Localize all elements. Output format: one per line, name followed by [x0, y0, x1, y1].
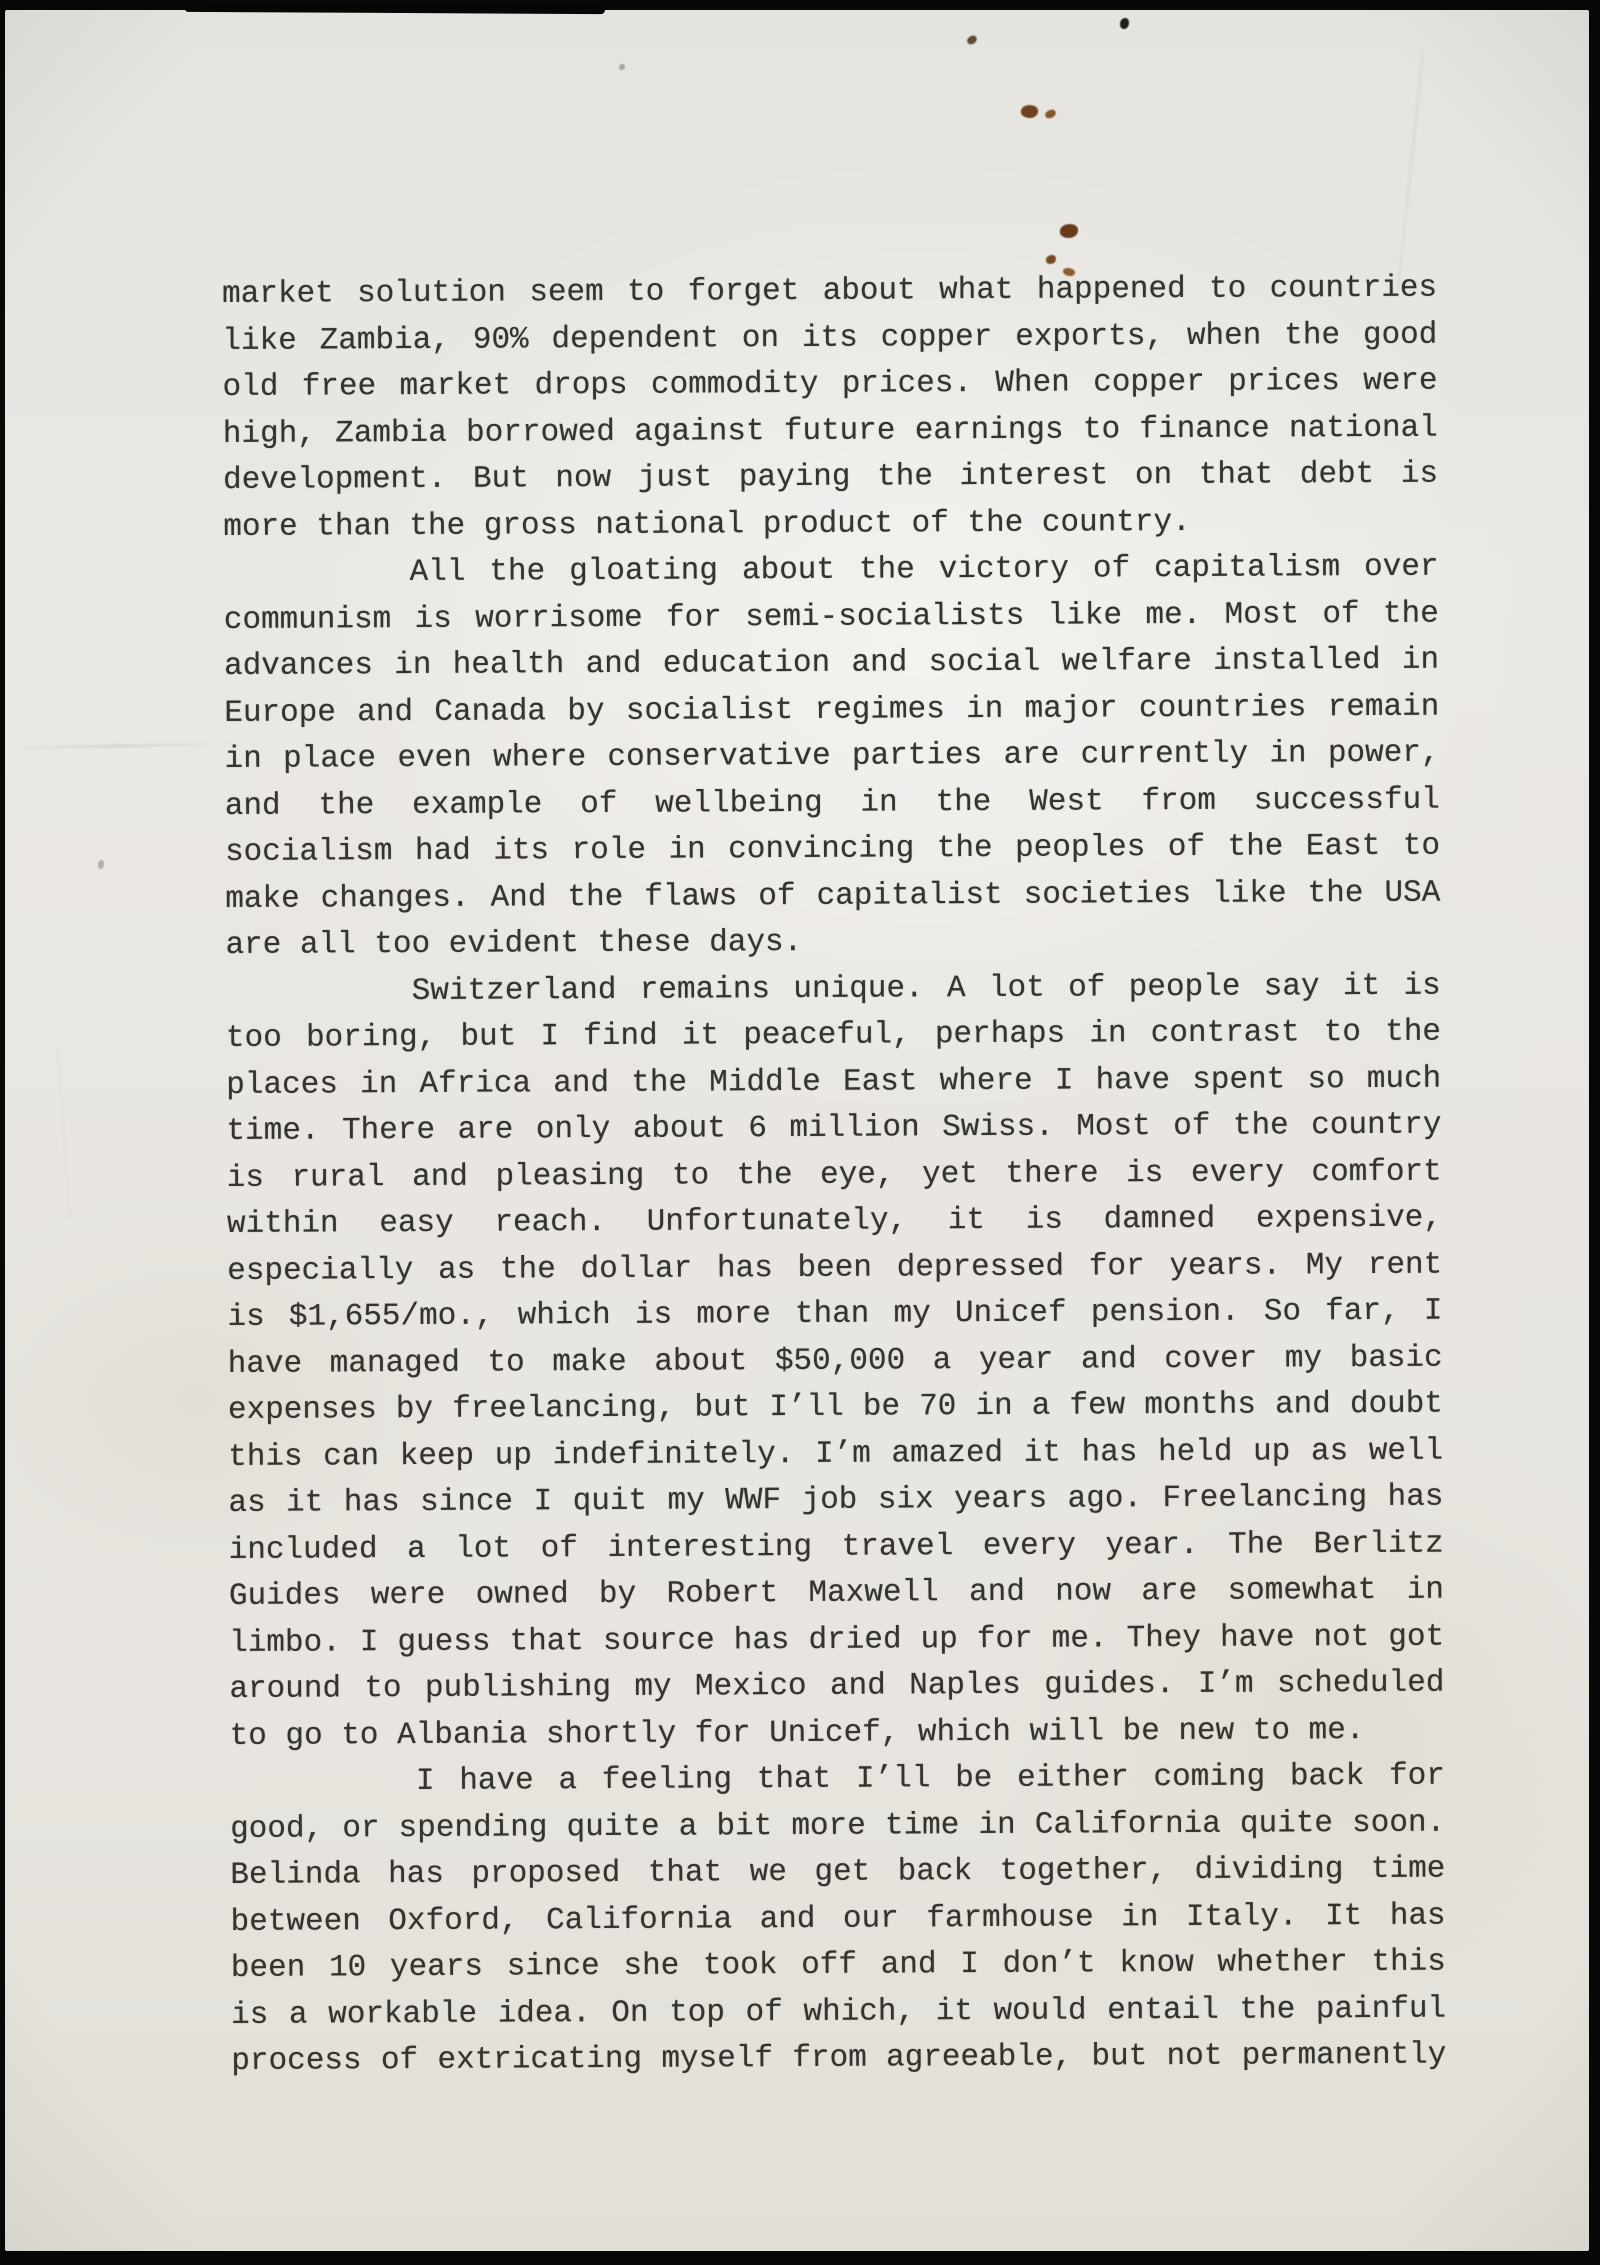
- stain-mark: [1020, 104, 1039, 120]
- crease-line: [57, 1050, 71, 1220]
- text-line: and the example of wellbeing in the West…: [225, 777, 1440, 830]
- crease-line: [5, 743, 235, 750]
- text-line: Belinda has proposed that we get back to…: [230, 1847, 1445, 1900]
- text-line: within easy reach. Unfortunately, it is …: [227, 1196, 1442, 1249]
- text-block: market solution seem to forget about wha…: [222, 266, 1446, 2086]
- text-line: is a workable idea. On top of which, it …: [231, 1986, 1446, 2039]
- scan-background: market solution seem to forget about wha…: [0, 0, 1600, 2265]
- text-line: are all too evident these days.: [225, 917, 1440, 970]
- text-line: advances in health and education and soc…: [224, 638, 1439, 691]
- text-line: communism is worrisome for semi-socialis…: [224, 591, 1439, 644]
- paragraph: market solution seem to forget about wha…: [222, 266, 1438, 551]
- text-line: this can keep up indefinitely. I’m amaze…: [228, 1428, 1443, 1481]
- stain-mark: [98, 860, 104, 869]
- text-line: I have a feeling that I’ll be either com…: [230, 1754, 1445, 1807]
- text-line: especially as the dollar has been depres…: [227, 1242, 1442, 1295]
- text-line: more than the gross national product of …: [223, 498, 1438, 551]
- text-line: high, Zambia borrowed against future ear…: [223, 405, 1438, 458]
- text-line: socialism had its role in convincing the…: [225, 824, 1440, 877]
- text-line: around to publishing my Mexico and Naple…: [229, 1661, 1444, 1714]
- text-line: All the gloating about the victory of ca…: [223, 545, 1438, 598]
- text-line: process of extricating myself from agree…: [231, 2033, 1446, 2086]
- text-line: in place even where conservative parties…: [224, 731, 1439, 784]
- text-line: old free market drops commodity prices. …: [222, 359, 1437, 412]
- text-line: included a lot of interesting travel eve…: [229, 1521, 1444, 1574]
- text-line: Guides were owned by Robert Maxwell and …: [229, 1568, 1444, 1621]
- text-line: development. But now just paying the int…: [223, 452, 1438, 505]
- paragraph: All the gloating about the victory of ca…: [223, 545, 1440, 970]
- text-line: been 10 years since she took off and I d…: [231, 1940, 1446, 1993]
- paragraph: Switzerland remains unique. A lot of peo…: [226, 963, 1445, 1760]
- text-line: have managed to make about $50,000 a yea…: [228, 1335, 1443, 1388]
- text-line: time. There are only about 6 million Swi…: [226, 1103, 1441, 1156]
- stain-mark: [1044, 109, 1057, 120]
- stain-mark: [1046, 255, 1056, 264]
- text-line: good, or spending quite a bit more time …: [230, 1800, 1445, 1853]
- stain-mark: [619, 64, 625, 70]
- text-line: is $1,655/mo., which is more than my Uni…: [227, 1289, 1442, 1342]
- text-line: as it has since I quit my WWF job six ye…: [228, 1475, 1443, 1528]
- text-line: too boring, but I find it peaceful, perh…: [226, 1010, 1441, 1063]
- text-line: limbo. I guess that source has dried up …: [229, 1614, 1444, 1667]
- text-line: market solution seem to forget about wha…: [222, 266, 1437, 319]
- text-line: to go to Albania shortly for Unicef, whi…: [230, 1707, 1445, 1760]
- stain-mark: [1059, 223, 1078, 239]
- text-line: make changes. And the flaws of capitalis…: [225, 870, 1440, 923]
- text-line: Switzerland remains unique. A lot of peo…: [226, 963, 1441, 1016]
- paper: market solution seem to forget about wha…: [5, 10, 1589, 2251]
- text-line: places in Africa and the Middle East whe…: [226, 1056, 1441, 1109]
- text-line: Europe and Canada by socialist regimes i…: [224, 684, 1439, 737]
- text-line: is rural and pleasing to the eye, yet th…: [227, 1149, 1442, 1202]
- text-line: like Zambia, 90% dependent on its copper…: [222, 312, 1437, 365]
- text-line: between Oxford, California and our farmh…: [231, 1893, 1446, 1946]
- paragraph: I have a feeling that I’ll be either com…: [230, 1754, 1447, 2086]
- crease-line: [1396, 51, 1424, 290]
- stain-mark: [1120, 18, 1129, 29]
- stain-mark: [966, 35, 978, 46]
- text-line: expenses by freelancing, but I’ll be 70 …: [228, 1382, 1443, 1435]
